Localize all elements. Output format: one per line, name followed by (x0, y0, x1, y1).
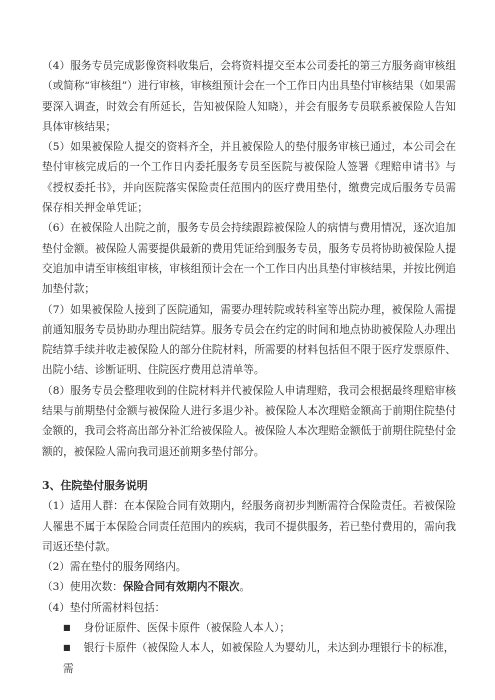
note-usage-times-period: 。 (239, 581, 250, 593)
bullet-square-icon: ■ (63, 618, 71, 638)
bullet-square-icon: ■ (63, 638, 71, 658)
paragraph-step-6: （6）在被保险人出院之前，服务专员会持续跟踪被保险人的病情与费用情况，逐次追加垫… (42, 218, 456, 299)
note-required-materials: （4）垫付所需材料包括： (42, 598, 456, 618)
section-heading: 3、住院垫付服务说明 (42, 476, 456, 496)
list-item-bank-card: ■银行卡原件（被保险人本人，如被保险人为婴幼儿，未达到办理银行卡的标准，需 (42, 638, 456, 679)
list-item-id-card: ■身份证原件、医保卡原件（被保险人本人）； (42, 618, 456, 638)
list-item-id-card-text: 身份证原件、医保卡原件（被保险人本人）； (84, 622, 291, 634)
note-service-network: （2）需在垫付的服务网络内。 (42, 557, 456, 577)
note-usage-times-label: （3）使用次数： (42, 581, 123, 593)
paragraph-step-4: （4）服务专员完成影像资料收集后，会将资料提交至本公司委托的第三方服务商审核组（… (42, 56, 456, 137)
document-page: （4）服务专员完成影像资料收集后，会将资料提交至本公司委托的第三方服务商审核组（… (42, 56, 456, 679)
paragraph-step-5: （5）如果被保险人提交的资料齐全，并且被保险人的垫付服务审核已通过，本公司会在垫… (42, 137, 456, 218)
note-applicable-people: （1）适用人群：在本保险合同有效期内，经服务商初步判断需符合保险责任。若被保险人… (42, 496, 456, 557)
paragraph-step-7: （7）如果被保险人接到了医院通知，需要办理转院或转科室等出院办理，被保险人需提前… (42, 300, 456, 381)
note-usage-times: （3）使用次数：保险合同有效期内不限次。 (42, 577, 456, 597)
note-usage-times-value: 保险合同有效期内不限次 (123, 581, 240, 593)
list-item-bank-card-text: 银行卡原件（被保险人本人，如被保险人为婴幼儿，未达到办理银行卡的标准，需 (63, 642, 454, 674)
paragraph-step-8: （8）服务专员会整理收到的住院材料并代被保险人申请理赔，我司会根据最终理赔审核结… (42, 381, 456, 462)
